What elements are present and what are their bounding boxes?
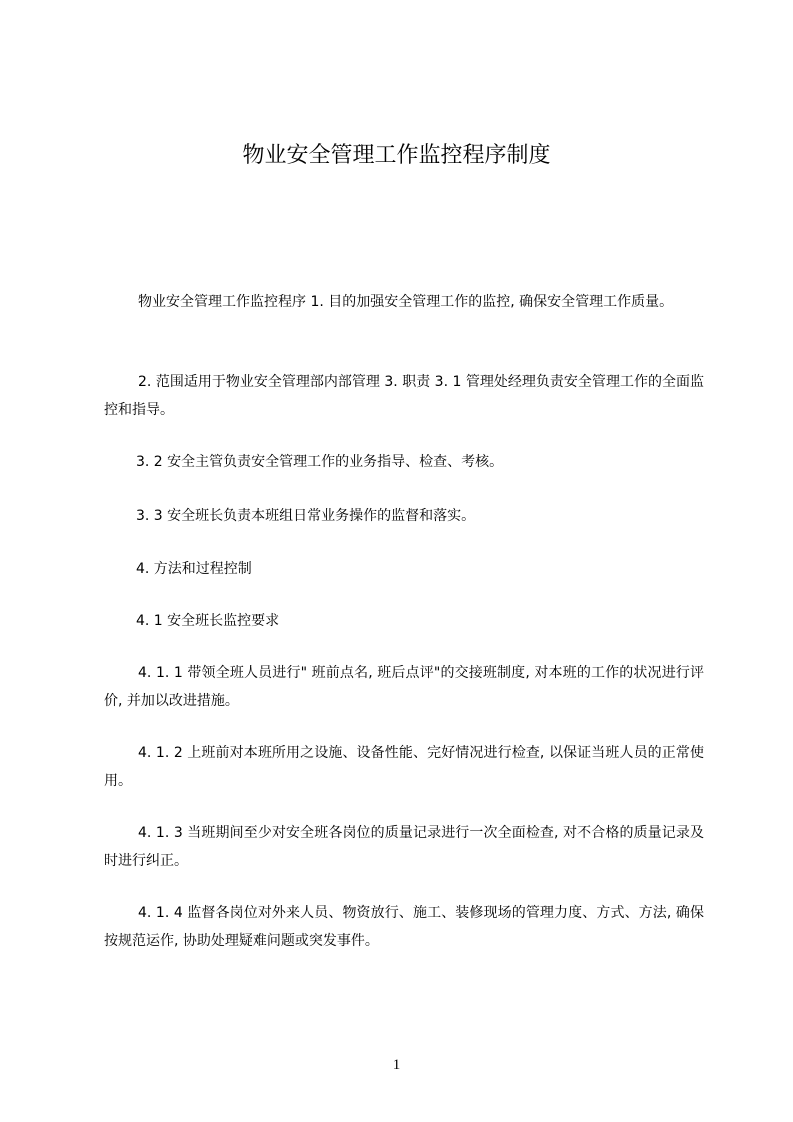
paragraph-4-1-3: 4. 1. 3 当班期间至少对安全班各岗位的质量记录进行一次全面检查, 对不合格…: [104, 819, 704, 875]
page-number: 1: [0, 1054, 793, 1076]
paragraph-4-heading: 4. 方法和过程控制: [104, 555, 704, 583]
document-page: 物业安全管理工作监控程序制度 物业安全管理工作监控程序 1. 目的加强安全管理工…: [0, 0, 793, 1122]
paragraph-4-1-4: 4. 1. 4 监督各岗位对外来人员、物资放行、施工、装修现场的管理力度、方式、…: [104, 899, 704, 955]
paragraph-purpose: 物业安全管理工作监控程序 1. 目的加强安全管理工作的监控, 确保安全管理工作质…: [104, 288, 704, 316]
paragraph-3-3: 3. 3 安全班长负责本班组日常业务操作的监督和落实。: [104, 502, 704, 530]
paragraph-3-2: 3. 2 安全主管负责安全管理工作的业务指导、检查、考核。: [104, 448, 704, 476]
paragraph-4-1-heading: 4. 1 安全班长监控要求: [104, 607, 704, 635]
paragraph-4-1-1: 4. 1. 1 带领全班人员进行" 班前点名, 班后点评"的交接班制度, 对本班…: [104, 659, 704, 715]
paragraph-4-1-2: 4. 1. 2 上班前对本班所用之设施、设备性能、完好情况进行检查, 以保证当班…: [104, 739, 704, 795]
paragraph-scope-duties: 2. 范围适用于物业安全管理部内部管理 3. 职责 3. 1 管理处经理负责安全…: [104, 368, 704, 424]
document-title: 物业安全管理工作监控程序制度: [0, 140, 793, 172]
